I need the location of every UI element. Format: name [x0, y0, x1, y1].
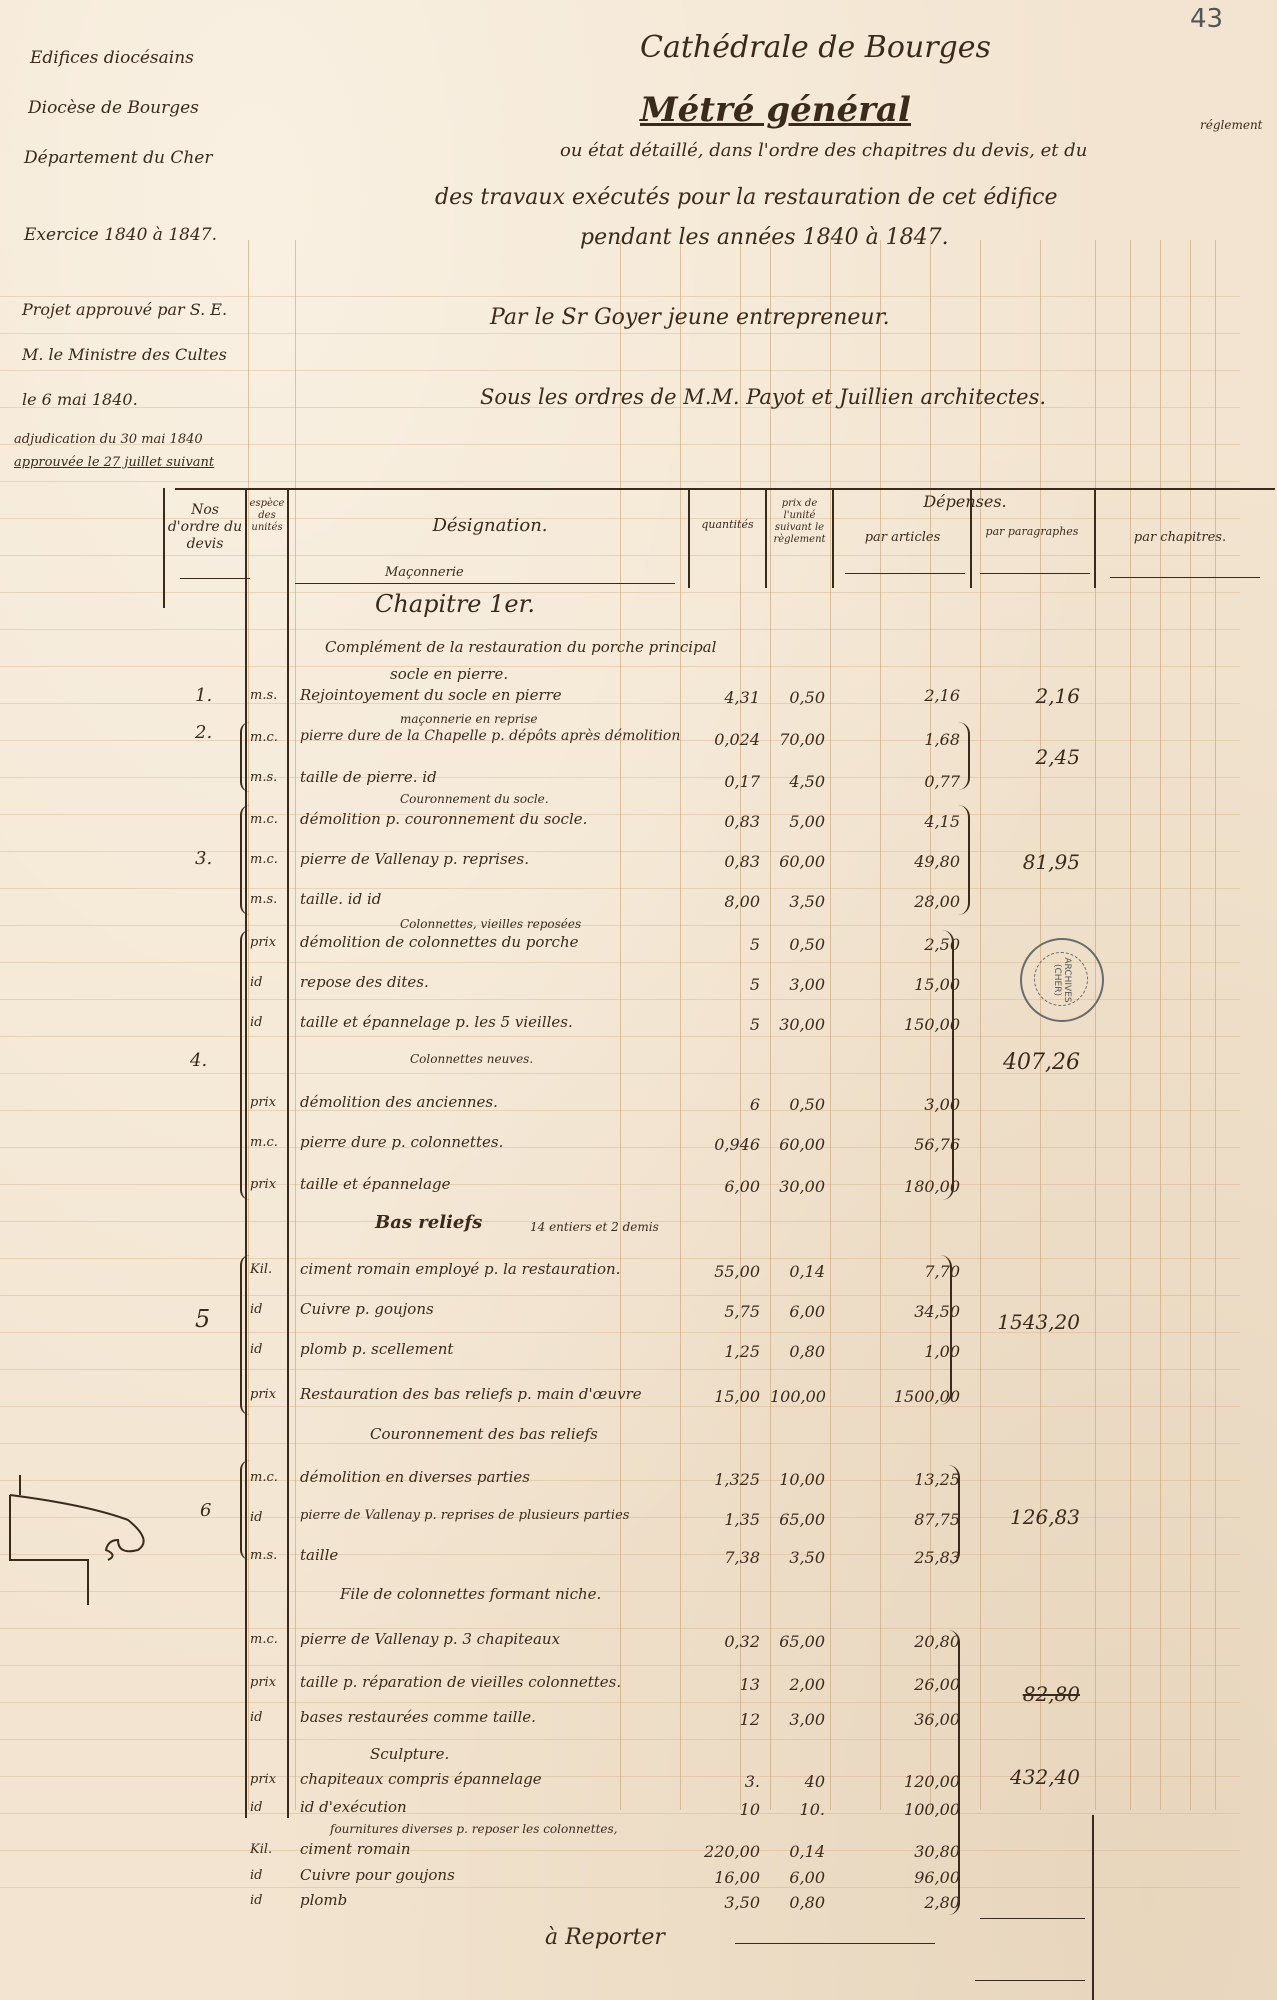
- amount: 20,80: [850, 1632, 960, 1651]
- unit: m.s.: [250, 892, 277, 907]
- unit-price: 0,14: [770, 1842, 825, 1861]
- struck-total: 82,80: [980, 1682, 1080, 1706]
- amount: 26,00: [850, 1675, 960, 1694]
- quantity: 0,946: [690, 1135, 760, 1154]
- order-number: 3.: [195, 848, 212, 869]
- designation: taille: [300, 1546, 338, 1564]
- unit: id: [250, 1342, 262, 1357]
- unit: Kil.: [250, 1842, 272, 1857]
- unit-price: 6,00: [770, 1302, 825, 1321]
- amount: 2,16: [850, 686, 960, 705]
- designation: démolition p. couronnement du socle.: [300, 810, 587, 828]
- group-heading: Complément de la restauration du porche …: [325, 638, 716, 656]
- paragraph-total: 81,95: [980, 850, 1080, 874]
- unit: prix: [250, 935, 276, 950]
- group-heading: maçonnerie en reprise: [400, 712, 538, 726]
- quantity: 6: [690, 1095, 760, 1114]
- designation: pierre de Vallenay p. reprises de plusie…: [300, 1508, 629, 1523]
- group-heading-note: 14 entiers et 2 demis: [530, 1220, 659, 1234]
- unit-price: 0,80: [770, 1342, 825, 1361]
- designation: taille et épannelage p. les 5 vieilles.: [300, 1013, 573, 1031]
- designation: taille et épannelage: [300, 1175, 451, 1193]
- unit: id: [250, 1893, 262, 1908]
- quantity: 0,83: [690, 812, 760, 831]
- exercise-years: Exercice 1840 à 1847.: [24, 225, 217, 245]
- unit: id: [250, 1710, 262, 1725]
- unit-price: 3,50: [770, 892, 825, 911]
- col-order: Nos d'ordre du devis: [165, 502, 245, 552]
- designation: Cuivre pour goujons: [300, 1866, 455, 1884]
- archive-stamp: ARCHIVES (CHER): [1020, 938, 1104, 1022]
- col-expenses: Dépenses.: [840, 492, 1090, 511]
- unit-price: 65,00: [770, 1510, 825, 1529]
- designation: Cuivre p. goujons: [300, 1300, 434, 1318]
- margin-line-3: Département du Cher: [24, 148, 212, 168]
- quantity: 3.: [690, 1772, 760, 1791]
- unit: prix: [250, 1177, 276, 1192]
- unit-price: 0,50: [770, 688, 825, 707]
- amount: 30,80: [850, 1842, 960, 1861]
- paragraph-total: 1543,20: [960, 1310, 1080, 1334]
- unit: m.c.: [250, 1470, 278, 1485]
- amount: 36,00: [850, 1710, 960, 1729]
- adjudication-line-1: adjudication du 30 mai 1840: [14, 432, 203, 447]
- quantity: 0,32: [690, 1632, 760, 1651]
- designation: taille de pierre. id: [300, 768, 437, 786]
- unit-price: 30,00: [770, 1177, 825, 1196]
- paragraph-total: 126,83: [970, 1505, 1080, 1529]
- quantity: 0,024: [690, 730, 760, 749]
- quantity: 13: [690, 1675, 760, 1694]
- amount: 25,83: [850, 1548, 960, 1567]
- order-number: 2.: [195, 722, 212, 743]
- unit: m.s.: [250, 1548, 277, 1563]
- designation: pierre de Vallenay p. 3 chapiteaux: [300, 1630, 560, 1648]
- quantity: 6,00: [690, 1177, 760, 1196]
- unit-price: 10.: [770, 1800, 825, 1819]
- quantity: 16,00: [690, 1868, 760, 1887]
- unit: id: [250, 1510, 262, 1525]
- designation: plomb p. scellement: [300, 1340, 453, 1358]
- group-heading: Couronnement du socle.: [400, 792, 549, 806]
- unit: id: [250, 1302, 262, 1317]
- unit-price: 6,00: [770, 1868, 825, 1887]
- unit-price: 3,50: [770, 1548, 825, 1567]
- unit: m.c.: [250, 852, 278, 867]
- margin-line-2: Diocèse de Bourges: [28, 98, 199, 118]
- amount: 49,80: [850, 852, 960, 871]
- approval-line-2: M. le Ministre des Cultes: [22, 345, 227, 364]
- designation: Rejointoyement du socle en pierre: [300, 686, 562, 704]
- designation: ciment romain employé p. la restauration…: [300, 1260, 620, 1278]
- unit: m.s.: [250, 688, 277, 703]
- moulding-sketch-icon: [8, 1470, 158, 1620]
- unit-price: 5,00: [770, 812, 825, 831]
- unit-price: 3,00: [770, 975, 825, 994]
- designation: démolition en diverses parties: [300, 1468, 530, 1486]
- amount: 100,00: [850, 1800, 960, 1819]
- unit-price: 0,14: [770, 1262, 825, 1281]
- chapter-heading: Chapitre 1er.: [375, 590, 535, 618]
- unit: m.c.: [250, 1632, 278, 1647]
- carry-forward-label: à Reporter: [545, 1925, 665, 1950]
- unit-price: 0,50: [770, 1095, 825, 1114]
- group-heading: Sculpture.: [370, 1745, 449, 1763]
- amount: 4,15: [850, 812, 960, 831]
- quantity: 1,25: [690, 1342, 760, 1361]
- adjudication-line-2: approuvée le 27 juillet suivant: [14, 455, 214, 470]
- unit: prix: [250, 1772, 276, 1787]
- quantity: 5: [690, 975, 760, 994]
- unit: m.c.: [250, 1135, 278, 1150]
- designation: pierre dure p. colonnettes.: [300, 1133, 503, 1151]
- title-line-3: pendant les années 1840 à 1847.: [580, 225, 949, 250]
- designation: pierre de Vallenay p. reprises.: [300, 850, 529, 868]
- designation: plomb: [300, 1891, 347, 1909]
- margin-line-1: Edifices diocésains: [30, 48, 194, 68]
- quantity: 8,00: [690, 892, 760, 911]
- section-masonry: Maçonnerie: [385, 565, 464, 580]
- title-line-2: des travaux exécutés pour la restauratio…: [435, 185, 1058, 210]
- group-subheading: socle en pierre.: [390, 665, 508, 683]
- amount: 0,77: [850, 772, 960, 791]
- quantity: 5,75: [690, 1302, 760, 1321]
- amount: 28,00: [850, 892, 960, 911]
- col-unit-price: prix de l'unité suivant le règlement: [767, 498, 832, 546]
- document-subtitle: Métré général: [640, 90, 911, 130]
- designation: taille. id id: [300, 890, 381, 908]
- architects-line: Sous les ordres de M.M. Payot et Juillie…: [480, 385, 1046, 409]
- page-number: 43: [1190, 4, 1223, 34]
- order-number: 6: [200, 1500, 211, 1521]
- group-note: fournitures diverses p. reposer les colo…: [330, 1822, 618, 1836]
- amount: 87,75: [850, 1510, 960, 1529]
- unit: m.s.: [250, 770, 277, 785]
- quantity: 10: [690, 1800, 760, 1819]
- designation: ciment romain: [300, 1840, 411, 1858]
- unit: m.c.: [250, 730, 278, 745]
- unit: Kil.: [250, 1262, 272, 1277]
- order-number: 5: [195, 1305, 210, 1333]
- group-heading: Colonnettes, vieilles reposées: [400, 917, 581, 931]
- unit-price: 3,00: [770, 1710, 825, 1729]
- unit: id: [250, 1800, 262, 1815]
- designation: Restauration des bas reliefs p. main d'œ…: [300, 1385, 642, 1403]
- quantity: 12: [690, 1710, 760, 1729]
- unit: id: [250, 1015, 262, 1030]
- unit-price: 4,50: [770, 772, 825, 791]
- unit: m.c.: [250, 812, 278, 827]
- quantity: 220,00: [690, 1842, 760, 1861]
- col-quantity: quantités: [690, 518, 765, 531]
- quantity: 5: [690, 935, 760, 954]
- unit-price: 60,00: [770, 852, 825, 871]
- amount: 96,00: [850, 1868, 960, 1887]
- quantity: 0,17: [690, 772, 760, 791]
- designation: démolition des anciennes.: [300, 1093, 498, 1111]
- unit-price: 70,00: [770, 730, 825, 749]
- designation: pierre dure de la Chapelle p. dépôts apr…: [300, 728, 680, 744]
- unit-price: 0,80: [770, 1893, 825, 1912]
- col-by-chapter: par chapitres.: [1100, 530, 1260, 546]
- unit-price: 30,00: [770, 1015, 825, 1034]
- designation: chapiteaux compris épannelage: [300, 1770, 542, 1788]
- approval-line-3: le 6 mai 1840.: [22, 390, 138, 409]
- paragraph-total: 2,45: [980, 745, 1080, 769]
- unit-price: 0,50: [770, 935, 825, 954]
- paragraph-total: 432,40: [970, 1765, 1080, 1789]
- contractor-line: Par le Sr Goyer jeune entrepreneur.: [490, 305, 890, 330]
- quantity: 1,325: [690, 1470, 760, 1489]
- group-heading: File de colonnettes formant niche.: [340, 1585, 601, 1603]
- unit-price: 65,00: [770, 1632, 825, 1651]
- designation: id d'exécution: [300, 1798, 407, 1816]
- unit: prix: [250, 1387, 276, 1402]
- quantity: 5: [690, 1015, 760, 1034]
- document-title: Cathédrale de Bourges: [640, 30, 991, 65]
- unit-price: 100,00: [770, 1387, 825, 1406]
- unit-price: 40: [770, 1772, 825, 1791]
- unit-price: 10,00: [770, 1470, 825, 1489]
- quantity: 55,00: [690, 1262, 760, 1281]
- quantity: 15,00: [690, 1387, 760, 1406]
- amount: 120,00: [850, 1772, 960, 1791]
- approval-line-1: Projet approuvé par S. E.: [22, 300, 227, 319]
- designation: repose des dites.: [300, 973, 429, 991]
- unit: prix: [250, 1675, 276, 1690]
- group-heading: Bas reliefs: [375, 1212, 482, 1233]
- title-line-1: ou état détaillé, dans l'ordre des chapi…: [560, 140, 1087, 161]
- col-by-paragraph: par paragraphes: [972, 525, 1092, 538]
- quantity: 4,31: [690, 688, 760, 707]
- col-by-article: par articles: [840, 530, 965, 546]
- designation: bases restaurées comme taille.: [300, 1708, 536, 1726]
- col-unit: espèce des unités: [247, 498, 287, 534]
- insertion-note: réglement: [1200, 118, 1263, 132]
- amount: 13,25: [850, 1470, 960, 1489]
- unit: prix: [250, 1095, 276, 1110]
- quantity: 7,38: [690, 1548, 760, 1567]
- paragraph-total: 407,26: [970, 1050, 1080, 1075]
- paragraph-total: 2,16: [980, 684, 1080, 708]
- quantity: 3,50: [690, 1893, 760, 1912]
- amount: 2,80: [850, 1893, 960, 1912]
- unit-price: 2,00: [770, 1675, 825, 1694]
- designation: démolition de colonnettes du porche: [300, 933, 579, 951]
- quantity: 1,35: [690, 1510, 760, 1529]
- amount: 1,68: [850, 730, 960, 749]
- quantity: 0,83: [690, 852, 760, 871]
- col-designation: Désignation.: [290, 515, 690, 537]
- group-heading: Couronnement des bas reliefs: [370, 1425, 598, 1443]
- unit: id: [250, 1868, 262, 1883]
- group-heading: Colonnettes neuves.: [410, 1052, 533, 1066]
- unit: id: [250, 975, 262, 990]
- designation: taille p. réparation de vieilles colonne…: [300, 1673, 621, 1691]
- order-number: 4.: [190, 1050, 207, 1071]
- unit-price: 60,00: [770, 1135, 825, 1154]
- order-number: 1.: [195, 685, 212, 706]
